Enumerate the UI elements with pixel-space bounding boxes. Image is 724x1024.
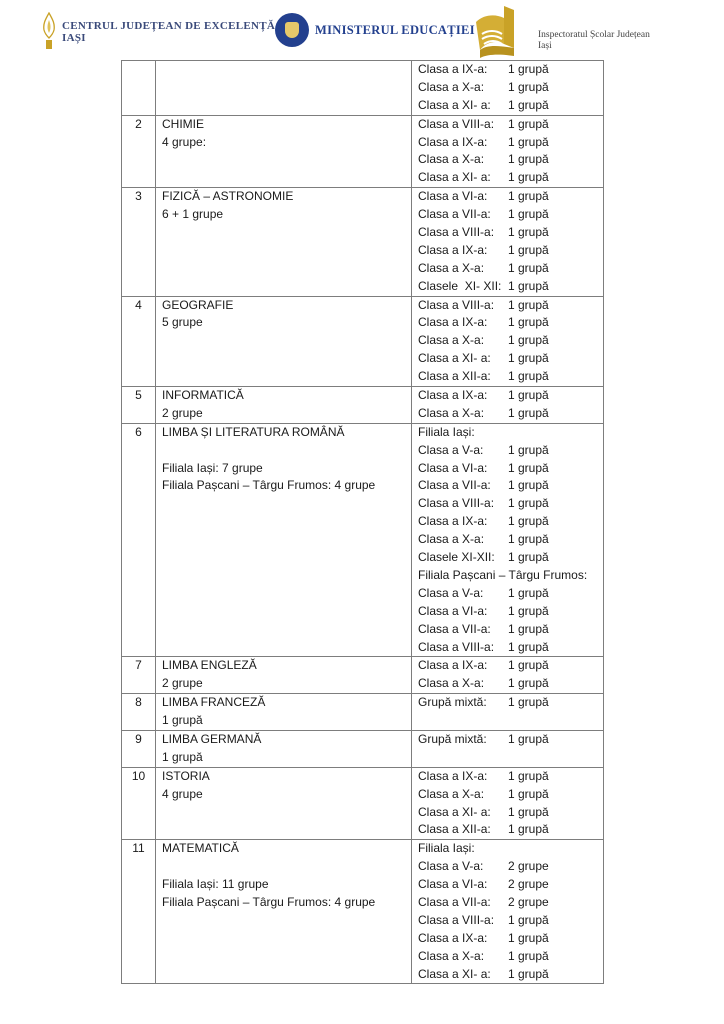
groups-cell: Clasa a IX-a:1 grupăClasa a X-a:1 grupăC… bbox=[412, 767, 604, 840]
group-entry: Clasa a IX-a:1 grupă bbox=[418, 61, 603, 79]
subject-cell: LIMBA ENGLEZĂ2 grupe bbox=[156, 657, 412, 694]
group-count: 1 grupă bbox=[508, 549, 549, 567]
subject-name: LIMBA FRANCEZĂ bbox=[162, 694, 411, 712]
subject-detail: Filiala Pașcani – Târgu Frumos: 4 grupe bbox=[162, 894, 411, 912]
row-number: 6 bbox=[122, 423, 156, 657]
subject-detail bbox=[162, 97, 411, 115]
subject-name: LIMBA GERMANĂ bbox=[162, 731, 411, 749]
group-count: 1 grupă bbox=[508, 79, 549, 97]
row-number: 3 bbox=[122, 188, 156, 296]
group-class-label: Clasa a IX-a: bbox=[418, 513, 508, 531]
group-entry: Clasa a X-a:1 grupă bbox=[418, 675, 603, 693]
subject-name: LIMBA ENGLEZĂ bbox=[162, 657, 411, 675]
subject-detail: Filiala Iași: 7 grupe bbox=[162, 460, 411, 478]
row-number-text: 11 bbox=[122, 840, 155, 858]
group-count: 1 grupă bbox=[508, 948, 549, 966]
table-row: 5INFORMATICĂ2 grupeClasa a IX-a:1 grupăC… bbox=[122, 387, 604, 424]
isj-logo: Inspectoratul Școlar Județean Iași bbox=[474, 4, 650, 58]
group-count: 1 grupă bbox=[508, 804, 549, 822]
subject-detail: 2 grupe bbox=[162, 405, 411, 423]
row-number: 8 bbox=[122, 694, 156, 731]
table-row: 8LIMBA FRANCEZĂ1 grupăGrupă mixtă:1 grup… bbox=[122, 694, 604, 731]
group-entry: Clasa a VII-a:1 grupă bbox=[418, 206, 603, 224]
group-class-label: Clasa a XI- a: bbox=[418, 350, 508, 368]
row-number: 5 bbox=[122, 387, 156, 424]
group-count: 1 grupă bbox=[508, 188, 549, 206]
group-count: 1 grupă bbox=[508, 442, 549, 460]
subject-name: MATEMATICĂ bbox=[162, 840, 411, 858]
golden-book-hand-icon bbox=[474, 4, 524, 58]
row-number: 9 bbox=[122, 730, 156, 767]
groups-cell: Clasa a VI-a:1 grupăClasa a VII-a:1 grup… bbox=[412, 188, 604, 296]
table-row: 2CHIMIE4 grupe:Clasa a VIII-a:1 grupăCla… bbox=[122, 115, 604, 188]
group-class-label: Clasa a XI- a: bbox=[418, 966, 508, 984]
group-entry: Clasa a X-a:1 grupă bbox=[418, 531, 603, 549]
row-number-text: 6 bbox=[122, 424, 155, 442]
group-entry: Clasa a VII-a:1 grupă bbox=[418, 477, 603, 495]
group-entry: Clasa a V-a:2 grupe bbox=[418, 858, 603, 876]
groups-cell: Clasa a IX-a:1 grupăClasa a X-a:1 grupă bbox=[412, 387, 604, 424]
subject-detail: 6 + 1 grupe bbox=[162, 206, 411, 224]
subject-detail: 1 grupă bbox=[162, 712, 411, 730]
subject-cell: MATEMATICĂFiliala Iași: 11 grupeFiliala … bbox=[156, 840, 412, 984]
group-count: 1 grupă bbox=[508, 495, 549, 513]
group-class-label: Clasa a X-a: bbox=[418, 332, 508, 350]
group-entry: Clasa a VI-a:1 grupă bbox=[418, 460, 603, 478]
group-entry: Clasa a IX-a:1 grupă bbox=[418, 314, 603, 332]
subject-detail bbox=[162, 858, 411, 876]
group-count: 1 grupă bbox=[508, 531, 549, 549]
groups-cell: Clasa a VIII-a:1 grupăClasa a IX-a:1 gru… bbox=[412, 296, 604, 386]
groups-cell: Grupă mixtă:1 grupă bbox=[412, 694, 604, 731]
subject-name: ISTORIA bbox=[162, 768, 411, 786]
group-entry: Clasele XI- XII:1 grupă bbox=[418, 278, 603, 296]
group-class-label: Clasa a VIII-a: bbox=[418, 912, 508, 930]
group-class-label: Grupă mixtă: bbox=[418, 731, 508, 749]
group-count: 1 grupă bbox=[508, 387, 549, 405]
group-class-label: Clasa a XI- a: bbox=[418, 804, 508, 822]
group-class-label: Clasa a VI-a: bbox=[418, 876, 508, 894]
group-count: 1 grupă bbox=[508, 513, 549, 531]
page-header: CENTRUL JUDEȚEAN DE EXCELENȚĂ IAȘI MINIS… bbox=[0, 0, 724, 60]
group-class-label: Clasa a X-a: bbox=[418, 79, 508, 97]
row-number-text: 5 bbox=[122, 387, 155, 405]
group-class-label: Grupă mixtă: bbox=[418, 694, 508, 712]
group-entry: Clasa a XII-a:1 grupă bbox=[418, 368, 603, 386]
group-class-label: Clasa a V-a: bbox=[418, 442, 508, 460]
groups-cell: Filiala Iași:Clasa a V-a:2 grupeClasa a … bbox=[412, 840, 604, 984]
group-entry: Clasa a VIII-a:1 grupă bbox=[418, 224, 603, 242]
group-count: 1 grupă bbox=[508, 768, 549, 786]
group-entry: Clasa a VI-a:2 grupe bbox=[418, 876, 603, 894]
group-class-label: Clasa a VIII-a: bbox=[418, 297, 508, 315]
group-class-label: Clasa a X-a: bbox=[418, 405, 508, 423]
table-row: 11MATEMATICĂFiliala Iași: 11 grupeFilial… bbox=[122, 840, 604, 984]
group-entry: Grupă mixtă:1 grupă bbox=[418, 694, 603, 712]
group-entry: Clasa a XII-a:1 grupă bbox=[418, 821, 603, 839]
group-count: 1 grupă bbox=[508, 639, 549, 657]
group-class-label: Clasa a XII-a: bbox=[418, 368, 508, 386]
group-entry: Clasa a IX-a:1 grupă bbox=[418, 930, 603, 948]
group-entry: Filiala Iași: bbox=[418, 424, 603, 442]
subject-detail: 4 grupe: bbox=[162, 134, 411, 152]
subject-cell: INFORMATICĂ2 grupe bbox=[156, 387, 412, 424]
group-class-label: Clasa a IX-a: bbox=[418, 314, 508, 332]
table-row: 7LIMBA ENGLEZĂ2 grupeClasa a IX-a:1 grup… bbox=[122, 657, 604, 694]
group-entry: Clasa a XI- a:1 grupă bbox=[418, 169, 603, 187]
subject-cell bbox=[156, 61, 412, 116]
subject-name: CHIMIE bbox=[162, 116, 411, 134]
group-class-label: Clasa a VIII-a: bbox=[418, 224, 508, 242]
group-count: 1 grupă bbox=[508, 116, 549, 134]
group-count: 1 grupă bbox=[508, 332, 549, 350]
table-row: 3FIZICĂ – ASTRONOMIE6 + 1 grupeClasa a V… bbox=[122, 188, 604, 296]
subject-cell: LIMBA GERMANĂ1 grupă bbox=[156, 730, 412, 767]
group-entry: Clasa a V-a:1 grupă bbox=[418, 585, 603, 603]
group-class-label: Clasa a X-a: bbox=[418, 948, 508, 966]
table-row: 9LIMBA GERMANĂ1 grupăGrupă mixtă:1 grupă bbox=[122, 730, 604, 767]
group-class-label: Clasa a X-a: bbox=[418, 531, 508, 549]
group-entry: Clasa a IX-a:1 grupă bbox=[418, 134, 603, 152]
row-number: 2 bbox=[122, 115, 156, 188]
ministry-logo: MINISTERUL EDUCAȚIEI bbox=[275, 13, 475, 47]
group-class-label: Clasa a XI- a: bbox=[418, 169, 508, 187]
groups-cell: Clasa a IX-a:1 grupăClasa a X-a:1 grupă bbox=[412, 657, 604, 694]
group-count: 1 grupă bbox=[508, 786, 549, 804]
subject-cell: CHIMIE4 grupe: bbox=[156, 115, 412, 188]
group-entry: Clasa a X-a:1 grupă bbox=[418, 332, 603, 350]
subject-name: LIMBA ȘI LITERATURA ROMÂNĂ bbox=[162, 424, 411, 442]
group-class-label: Clasa a IX-a: bbox=[418, 134, 508, 152]
group-count: 2 grupe bbox=[508, 876, 549, 894]
group-count: 1 grupă bbox=[508, 61, 549, 79]
group-class-label: Clasa a IX-a: bbox=[418, 768, 508, 786]
group-entry: Clasa a VII-a:2 grupe bbox=[418, 894, 603, 912]
group-class-label: Clasa a VI-a: bbox=[418, 188, 508, 206]
group-entry: Clasa a XI- a:1 grupă bbox=[418, 350, 603, 368]
subject-name: INFORMATICĂ bbox=[162, 387, 411, 405]
group-class-label: Clasa a V-a: bbox=[418, 858, 508, 876]
group-class-label: Filiala Iași: bbox=[418, 424, 475, 442]
group-class-label: Clasa a IX-a: bbox=[418, 930, 508, 948]
subject-detail: 5 grupe bbox=[162, 314, 411, 332]
table-row: Clasa a IX-a:1 grupăClasa a X-a:1 grupăC… bbox=[122, 61, 604, 116]
group-class-label: Clasa a XII-a: bbox=[418, 821, 508, 839]
subject-cell: FIZICĂ – ASTRONOMIE6 + 1 grupe bbox=[156, 188, 412, 296]
group-count: 1 grupă bbox=[508, 966, 549, 984]
group-entry: Grupă mixtă:1 grupă bbox=[418, 731, 603, 749]
group-count: 1 grupă bbox=[508, 694, 549, 712]
subject-detail bbox=[162, 79, 411, 97]
group-class-label: Clasele XI-XII: bbox=[418, 549, 508, 567]
groups-cell: Grupă mixtă:1 grupă bbox=[412, 730, 604, 767]
group-entry: Clasa a X-a:1 grupă bbox=[418, 260, 603, 278]
group-entry: Clasa a IX-a:1 grupă bbox=[418, 242, 603, 260]
group-count: 1 grupă bbox=[508, 585, 549, 603]
group-entry: Clasa a X-a:1 grupă bbox=[418, 79, 603, 97]
row-number-text: 3 bbox=[122, 188, 155, 206]
group-count: 1 grupă bbox=[508, 206, 549, 224]
group-entry: Filiala Pașcani – Târgu Frumos: bbox=[418, 567, 603, 585]
row-number: 11 bbox=[122, 840, 156, 984]
row-number bbox=[122, 61, 156, 116]
group-count: 1 grupă bbox=[508, 134, 549, 152]
row-number: 10 bbox=[122, 767, 156, 840]
group-count: 1 grupă bbox=[508, 278, 549, 296]
group-count: 1 grupă bbox=[508, 731, 549, 749]
group-entry: Clasa a X-a:1 grupă bbox=[418, 948, 603, 966]
group-class-label: Clasa a X-a: bbox=[418, 151, 508, 169]
row-number-text: 9 bbox=[122, 731, 155, 749]
subject-cell: LIMBA FRANCEZĂ1 grupă bbox=[156, 694, 412, 731]
group-class-label: Clasa a VI-a: bbox=[418, 603, 508, 621]
subject-name: FIZICĂ – ASTRONOMIE bbox=[162, 188, 411, 206]
group-count: 2 grupe bbox=[508, 894, 549, 912]
group-class-label: Clasa a IX-a: bbox=[418, 387, 508, 405]
group-entry: Clasa a VIII-a:1 grupă bbox=[418, 297, 603, 315]
group-count: 1 grupă bbox=[508, 912, 549, 930]
subject-detail: 4 grupe bbox=[162, 786, 411, 804]
flame-torch-icon bbox=[42, 12, 56, 52]
group-entry: Clasa a VI-a:1 grupă bbox=[418, 188, 603, 206]
group-count: 1 grupă bbox=[508, 675, 549, 693]
group-entry: Clasa a IX-a:1 grupă bbox=[418, 387, 603, 405]
group-class-label: Clasa a X-a: bbox=[418, 786, 508, 804]
group-count: 1 grupă bbox=[508, 621, 549, 639]
group-count: 1 grupă bbox=[508, 224, 549, 242]
group-class-label: Clasa a XI- a: bbox=[418, 97, 508, 115]
group-count: 1 grupă bbox=[508, 477, 549, 495]
group-class-label: Clasa a VIII-a: bbox=[418, 495, 508, 513]
groups-cell: Clasa a IX-a:1 grupăClasa a X-a:1 grupăC… bbox=[412, 61, 604, 116]
group-count: 1 grupă bbox=[508, 260, 549, 278]
group-entry: Clasa a XI- a:1 grupă bbox=[418, 966, 603, 984]
group-class-label: Clasa a V-a: bbox=[418, 585, 508, 603]
cje-name-line1: CENTRUL JUDEȚEAN DE EXCELENȚĂ bbox=[62, 20, 275, 32]
table-row: 10ISTORIA4 grupeClasa a IX-a:1 grupăClas… bbox=[122, 767, 604, 840]
ministry-name: MINISTERUL EDUCAȚIEI bbox=[315, 23, 475, 38]
group-count: 1 grupă bbox=[508, 350, 549, 368]
group-entry: Clasa a VIII-a:1 grupă bbox=[418, 116, 603, 134]
group-class-label: Clasa a IX-a: bbox=[418, 657, 508, 675]
cje-logo: CENTRUL JUDEȚEAN DE EXCELENȚĂ IAȘI bbox=[42, 12, 275, 52]
group-entry: Clasa a VIII-a:1 grupă bbox=[418, 912, 603, 930]
group-count: 1 grupă bbox=[508, 460, 549, 478]
group-class-label: Clasele XI- XII: bbox=[418, 278, 508, 296]
subject-detail: Filiala Pașcani – Târgu Frumos: 4 grupe bbox=[162, 477, 411, 495]
isj-name-line1: Inspectoratul Școlar Județean bbox=[538, 30, 650, 41]
group-class-label: Clasa a IX-a: bbox=[418, 242, 508, 260]
isj-name-line2: Iași bbox=[538, 41, 650, 52]
group-class-label: Clasa a VII-a: bbox=[418, 894, 508, 912]
row-number-text bbox=[122, 61, 155, 79]
group-count: 1 grupă bbox=[508, 603, 549, 621]
group-class-label: Clasa a VII-a: bbox=[418, 621, 508, 639]
group-entry: Clasele XI-XII:1 grupă bbox=[418, 549, 603, 567]
table-row: 4GEOGRAFIE5 grupeClasa a VIII-a:1 grupăC… bbox=[122, 296, 604, 386]
group-class-label: Clasa a X-a: bbox=[418, 260, 508, 278]
table-row: 6LIMBA ȘI LITERATURA ROMÂNĂFiliala Iași:… bbox=[122, 423, 604, 657]
subject-name bbox=[162, 61, 411, 79]
row-number-text: 7 bbox=[122, 657, 155, 675]
group-count: 2 grupe bbox=[508, 858, 549, 876]
group-entry: Clasa a X-a:1 grupă bbox=[418, 405, 603, 423]
group-entry: Clasa a IX-a:1 grupă bbox=[418, 513, 603, 531]
group-entry: Clasa a IX-a:1 grupă bbox=[418, 768, 603, 786]
subject-cell: ISTORIA4 grupe bbox=[156, 767, 412, 840]
cje-name-line2: IAȘI bbox=[62, 32, 275, 44]
group-entry: Clasa a V-a:1 grupă bbox=[418, 442, 603, 460]
group-count: 1 grupă bbox=[508, 821, 549, 839]
group-entry: Filiala Iași: bbox=[418, 840, 603, 858]
group-class-label: Clasa a VII-a: bbox=[418, 477, 508, 495]
subject-detail: 1 grupă bbox=[162, 749, 411, 767]
group-count: 1 grupă bbox=[508, 151, 549, 169]
group-count: 1 grupă bbox=[508, 930, 549, 948]
group-entry: Clasa a XI- a:1 grupă bbox=[418, 804, 603, 822]
subject-cell: GEOGRAFIE5 grupe bbox=[156, 296, 412, 386]
group-entry: Clasa a VIII-a:1 grupă bbox=[418, 495, 603, 513]
group-count: 1 grupă bbox=[508, 169, 549, 187]
group-count: 1 grupă bbox=[508, 97, 549, 115]
group-entry: Clasa a VI-a:1 grupă bbox=[418, 603, 603, 621]
group-count: 1 grupă bbox=[508, 368, 549, 386]
group-class-label: Clasa a VIII-a: bbox=[418, 639, 508, 657]
groups-cell: Filiala Iași:Clasa a V-a:1 grupăClasa a … bbox=[412, 423, 604, 657]
coat-of-arms-seal-icon bbox=[275, 13, 309, 47]
group-count: 1 grupă bbox=[508, 405, 549, 423]
group-class-label: Clasa a VI-a: bbox=[418, 460, 508, 478]
subject-detail: 2 grupe bbox=[162, 675, 411, 693]
row-number: 7 bbox=[122, 657, 156, 694]
subject-name: GEOGRAFIE bbox=[162, 297, 411, 315]
group-count: 1 grupă bbox=[508, 657, 549, 675]
row-number: 4 bbox=[122, 296, 156, 386]
group-count: 1 grupă bbox=[508, 297, 549, 315]
subject-cell: LIMBA ȘI LITERATURA ROMÂNĂFiliala Iași: … bbox=[156, 423, 412, 657]
group-entry: Clasa a VII-a:1 grupă bbox=[418, 621, 603, 639]
group-entry: Clasa a X-a:1 grupă bbox=[418, 151, 603, 169]
row-number-text: 10 bbox=[122, 768, 155, 786]
row-number-text: 8 bbox=[122, 694, 155, 712]
group-count: 1 grupă bbox=[508, 314, 549, 332]
group-entry: Clasa a X-a:1 grupă bbox=[418, 786, 603, 804]
group-entry: Clasa a IX-a:1 grupă bbox=[418, 657, 603, 675]
subject-detail: Filiala Iași: 11 grupe bbox=[162, 876, 411, 894]
group-class-label: Clasa a IX-a: bbox=[418, 61, 508, 79]
group-entry: Clasa a VIII-a:1 grupă bbox=[418, 639, 603, 657]
group-class-label: Filiala Iași: bbox=[418, 840, 475, 858]
row-number-text: 4 bbox=[122, 297, 155, 315]
row-number-text: 2 bbox=[122, 116, 155, 134]
group-count: 1 grupă bbox=[508, 242, 549, 260]
group-class-label: Clasa a VII-a: bbox=[418, 206, 508, 224]
subject-detail bbox=[162, 442, 411, 460]
groups-cell: Clasa a VIII-a:1 grupăClasa a IX-a:1 gru… bbox=[412, 115, 604, 188]
group-class-label: Clasa a VIII-a: bbox=[418, 116, 508, 134]
group-class-label: Filiala Pașcani – Târgu Frumos: bbox=[418, 567, 587, 585]
group-class-label: Clasa a X-a: bbox=[418, 675, 508, 693]
groups-table: Clasa a IX-a:1 grupăClasa a X-a:1 grupăC… bbox=[121, 60, 604, 984]
group-entry: Clasa a XI- a:1 grupă bbox=[418, 97, 603, 115]
